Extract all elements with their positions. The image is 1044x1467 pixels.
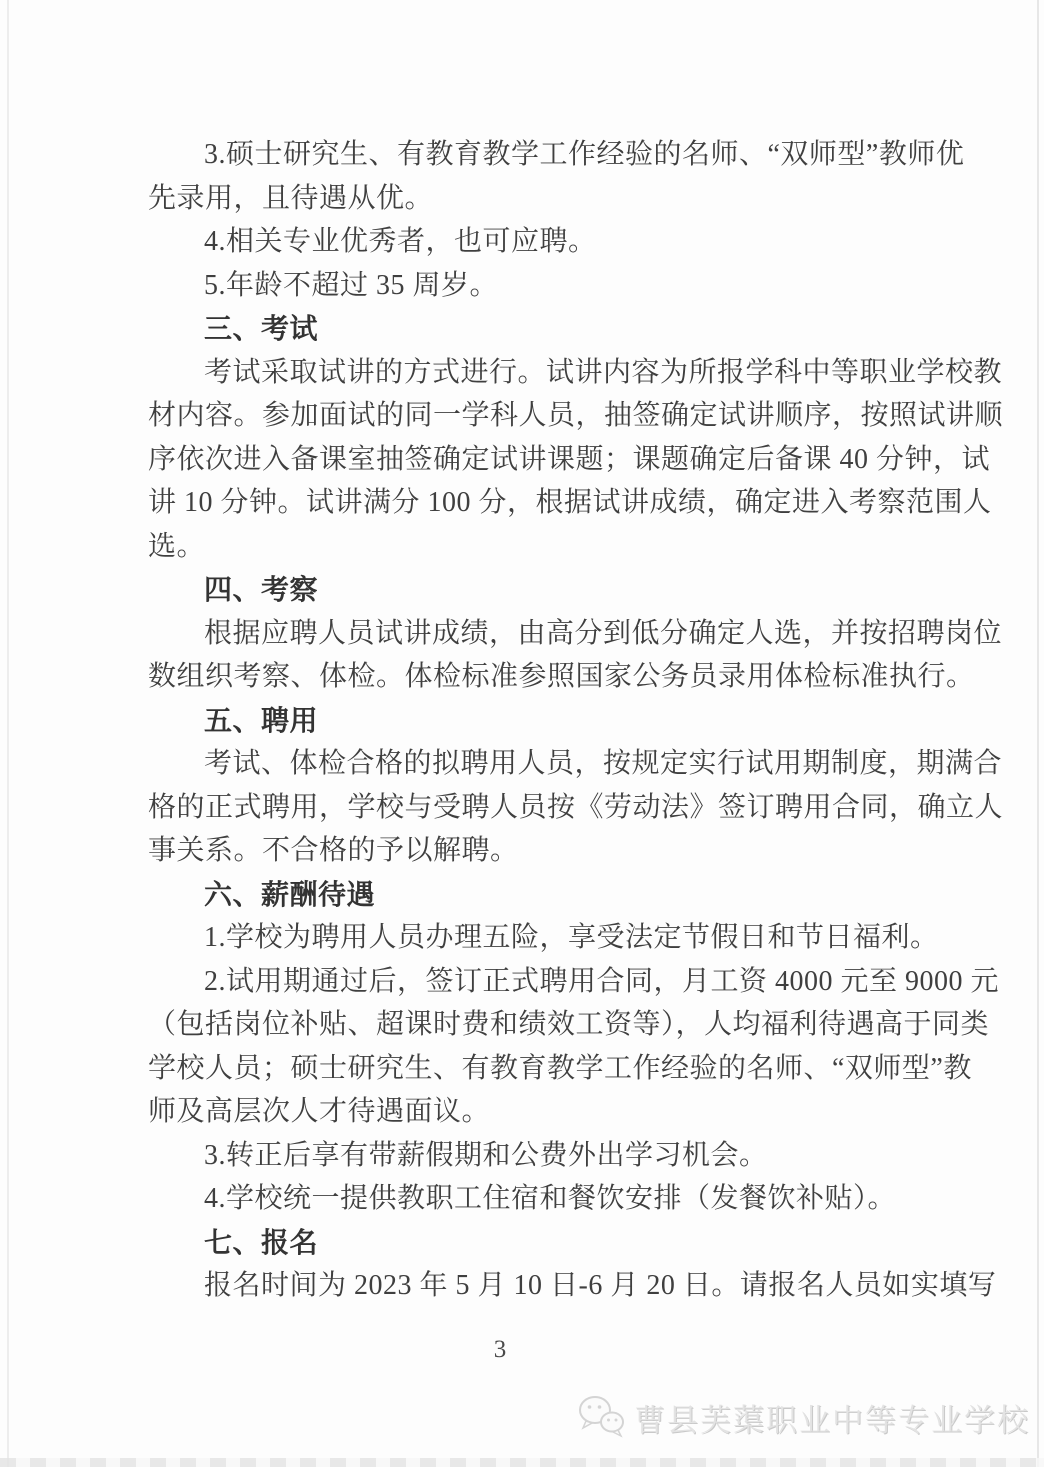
text-line: 事关系。不合格的予以解聘。 — [148, 829, 928, 873]
scan-edge-left — [7, 0, 9, 1467]
text-line: 格的正式聘用，学校与受聘人员按《劳动法》签订聘用合同，确立人 — [148, 786, 928, 830]
text-line: 报名时间为 2023 年 5 月 10 日-6 月 20 日。请报名人员如实填写 — [148, 1264, 928, 1308]
document-page: 3.硕士研究生、有教育教学工作经验的名师、“双师型”教师优先录用，且待遇从优。4… — [0, 0, 1044, 1467]
text-line: 2.试用期通过后，签订正式聘用合同，月工资 4000 元至 9000 元 — [148, 960, 928, 1004]
watermark: 曹县芙蕖职业中等专业学校 — [576, 1392, 1030, 1443]
text-line: 4.学校统一提供教职工住宿和餐饮安排（发餐饮补贴）。 — [148, 1177, 928, 1221]
text-line: 1.学校为聘用人员办理五险，享受法定节假日和节日福利。 — [148, 916, 928, 960]
page-number: 3 — [0, 1336, 1000, 1364]
text-line: 4.相关专业优秀者，也可应聘。 — [148, 220, 928, 264]
text-line: 材内容。参加面试的同一学科人员，抽签确定试讲顺序，按照试讲顺 — [148, 394, 928, 438]
scan-edge-right — [1037, 0, 1039, 1467]
section-heading: 七、报名 — [148, 1221, 928, 1265]
section-heading: 四、考察 — [148, 568, 928, 612]
text-line: 序依次进入备课室抽签确定试讲课题；课题确定后备课 40 分钟，试 — [148, 438, 928, 482]
section-heading: 三、考试 — [148, 307, 928, 351]
text-line: 3.转正后享有带薪假期和公费外出学习机会。 — [148, 1134, 928, 1178]
text-line: 3.硕士研究生、有教育教学工作经验的名师、“双师型”教师优 — [148, 133, 928, 177]
text-line: 考试采取试讲的方式进行。试讲内容为所报学科中等职业学校教 — [148, 351, 928, 395]
text-line: 讲 10 分钟。试讲满分 100 分，根据试讲成绩，确定进入考察范围人 — [148, 481, 928, 525]
text-line: 5.年龄不超过 35 周岁。 — [148, 264, 928, 308]
wechat-icon — [576, 1392, 628, 1443]
text-line: 选。 — [148, 525, 928, 569]
text-line: 考试、体检合格的拟聘用人员，按规定实行试用期制度，期满合 — [148, 742, 928, 786]
watermark-text: 曹县芙蕖职业中等专业学校 — [634, 1395, 1030, 1440]
text-line: 数组织考察、体检。体检标准参照国家公务员录用体检标准执行。 — [148, 655, 928, 699]
section-heading: 五、聘用 — [148, 699, 928, 743]
bottom-scan-edge — [0, 1458, 1044, 1467]
document-body: 3.硕士研究生、有教育教学工作经验的名师、“双师型”教师优先录用，且待遇从优。4… — [148, 133, 928, 1308]
text-line: 师及高层次人才待遇面议。 — [148, 1090, 928, 1134]
text-line: 学校人员；硕士研究生、有教育教学工作经验的名师、“双师型”教 — [148, 1047, 928, 1091]
text-line: 根据应聘人员试讲成绩，由高分到低分确定人选，并按招聘岗位 — [148, 612, 928, 656]
text-line: 先录用，且待遇从优。 — [148, 177, 928, 221]
section-heading: 六、薪酬待遇 — [148, 873, 928, 917]
text-line: （包括岗位补贴、超课时费和绩效工资等），人均福利待遇高于同类 — [148, 1003, 928, 1047]
